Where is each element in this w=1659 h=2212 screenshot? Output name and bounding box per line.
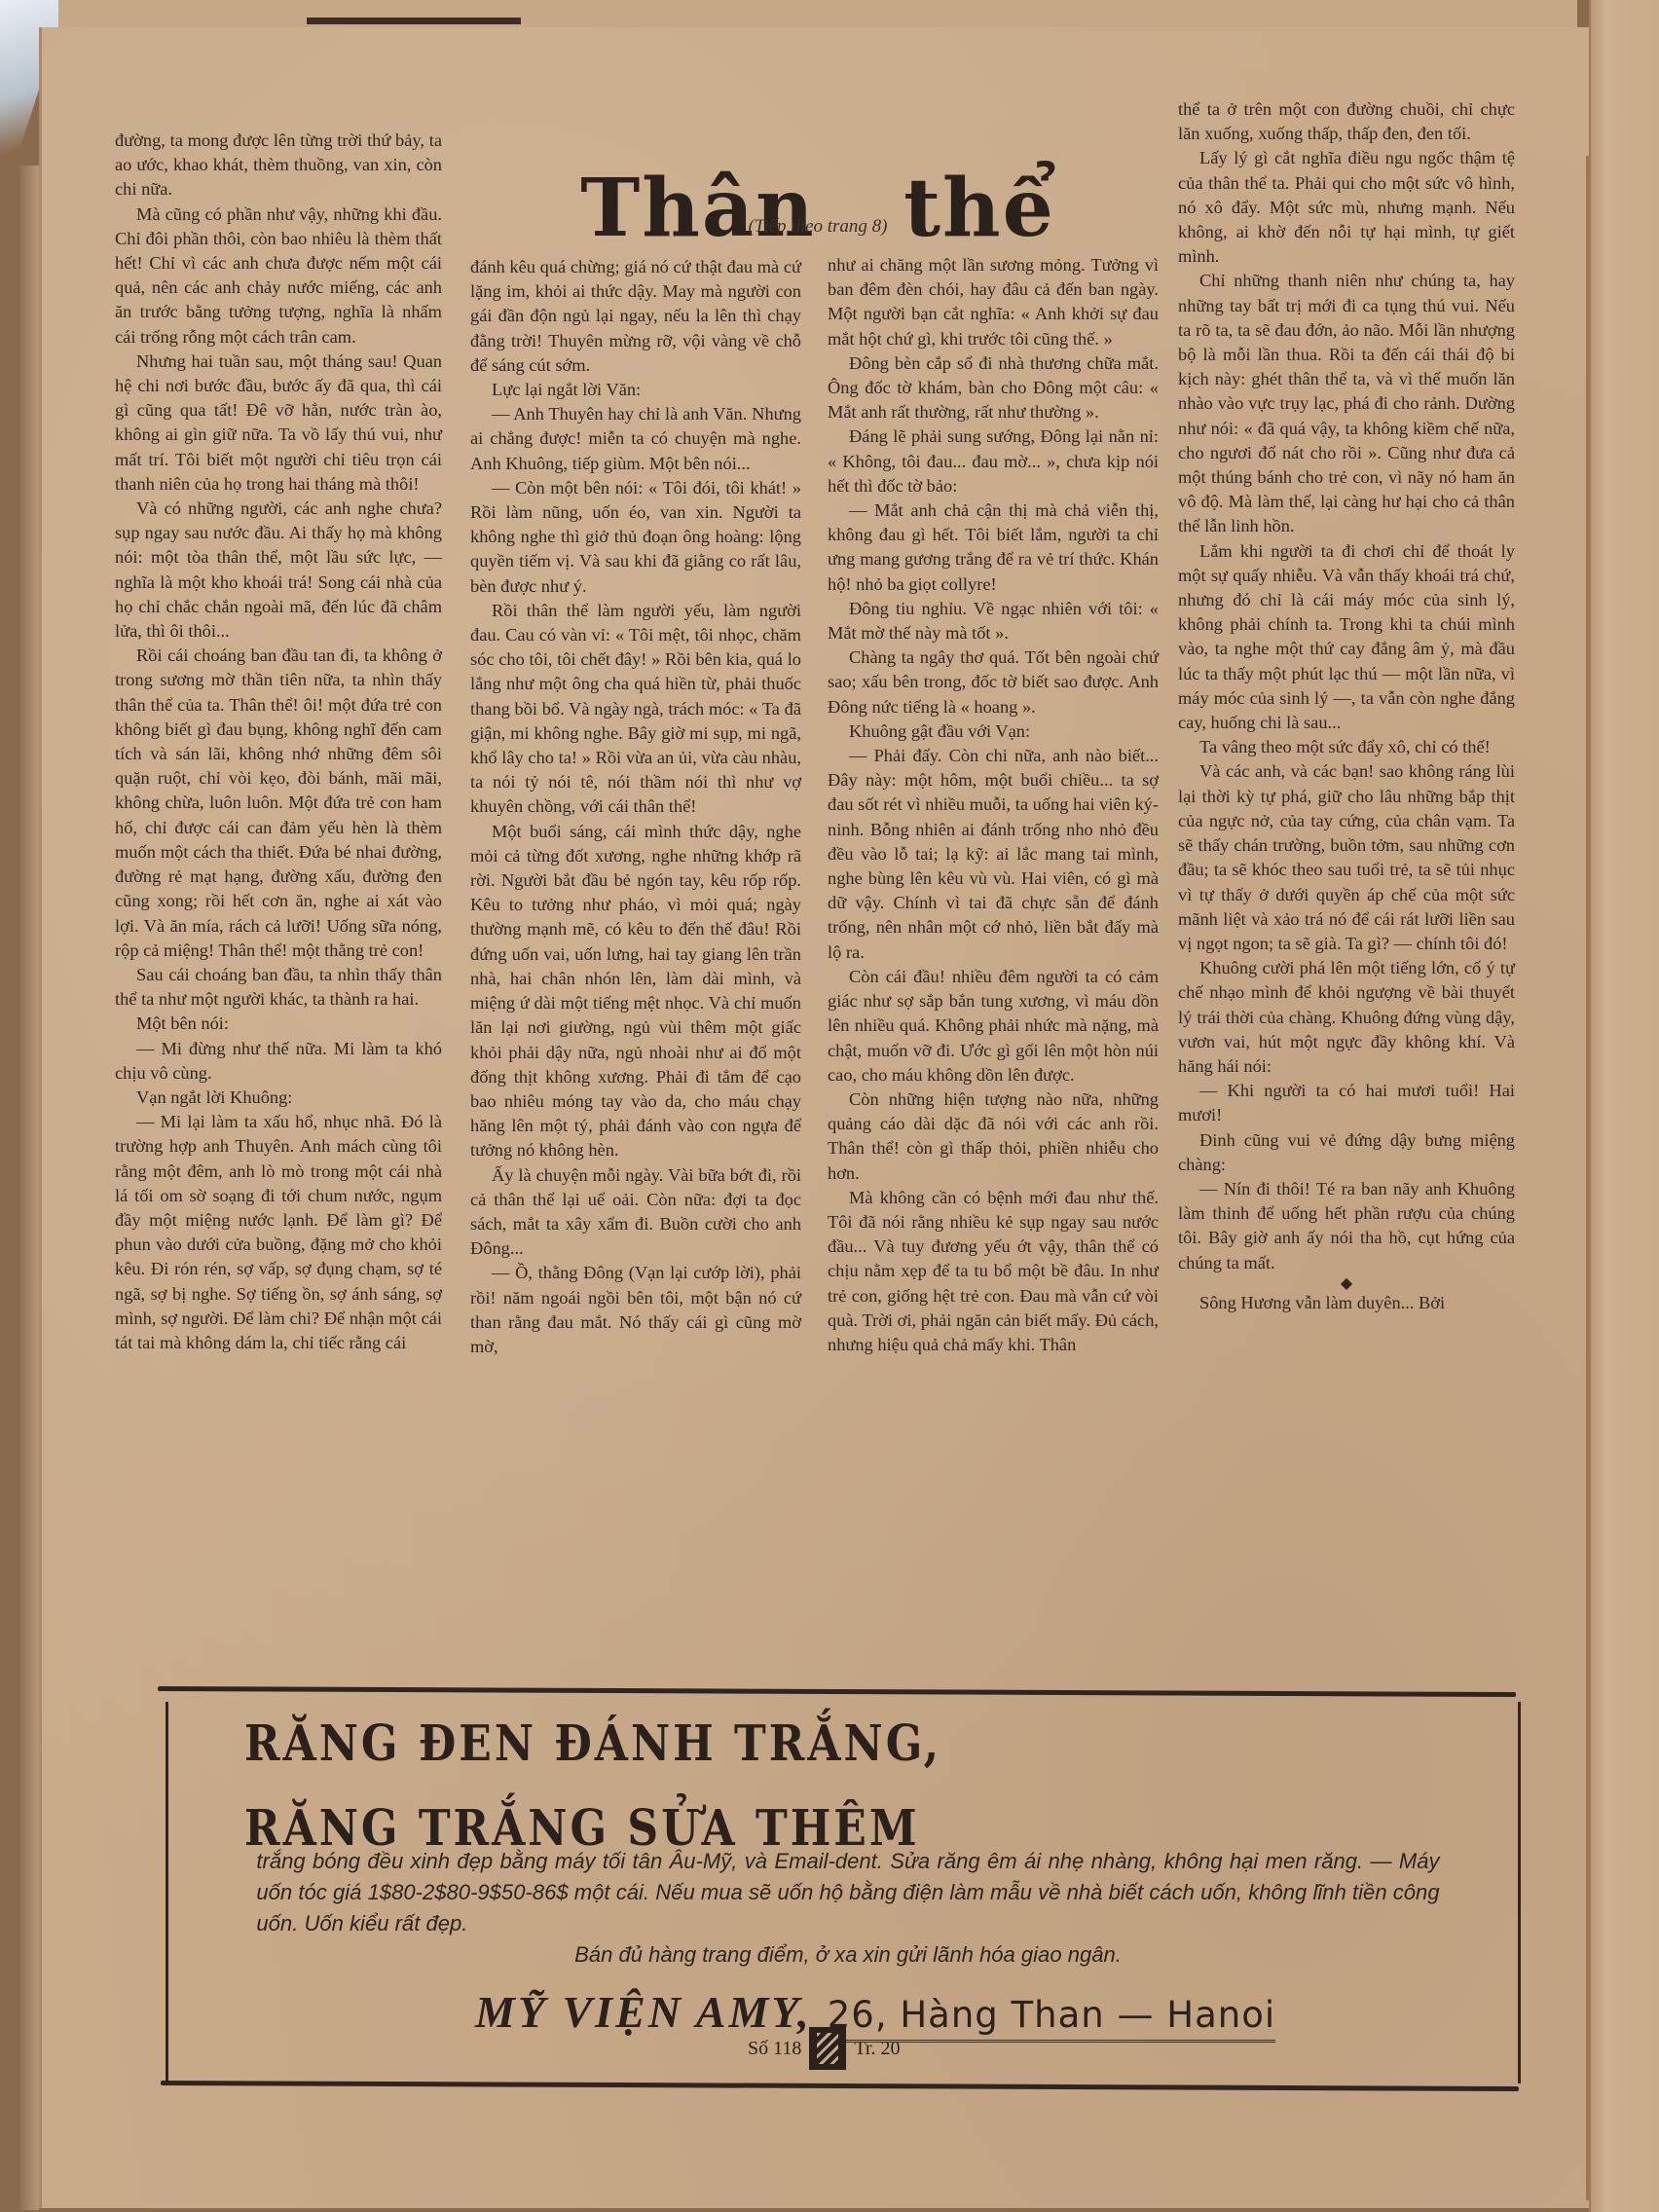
article-paragraph: Lấy lý gì cắt nghĩa điều ngu ngốc thậm t… bbox=[1178, 146, 1515, 269]
article-paragraph: Chàng ta ngây thơ quá. Tốt bên ngoài chứ… bbox=[828, 645, 1159, 719]
article-paragraph: Lắm khi người ta đi chơi chỉ để thoát ly… bbox=[1178, 539, 1515, 736]
article-paragraph: Và các anh, và các bạn! sao không ráng l… bbox=[1178, 759, 1515, 956]
article-paragraph: Sau cái choáng ban đầu, ta nhìn thấy thâ… bbox=[115, 963, 442, 1012]
article-paragraph: Và có những người, các anh nghe chưa? sụ… bbox=[115, 497, 442, 644]
article-paragraph: Rồi cái choáng ban đầu tan đi, ta không … bbox=[115, 644, 442, 963]
article-paragraph: Rồi thân thể làm người yếu, làm người đa… bbox=[470, 599, 801, 820]
article-paragraph: Khuông gật đầu với Vạn: bbox=[828, 719, 1159, 744]
article-paragraph: Một bên nói: bbox=[115, 1012, 442, 1036]
article-paragraph: Nhưng hai tuần sau, một tháng sau! Quan … bbox=[115, 350, 442, 497]
article-column-2: đánh kêu quá chừng; giá nó cứ thật đau m… bbox=[470, 255, 801, 1359]
article-paragraph: thể ta ở trên một con đường chuồi, chỉ c… bbox=[1178, 97, 1515, 146]
article-column-1: đường, ta mong được lên từng trời thứ bả… bbox=[115, 129, 442, 1355]
ad-body-text: trắng bóng đều xinh đẹp bằng máy tối tân… bbox=[256, 1849, 1439, 1935]
article-paragraph: Còn cái đầu! nhiều đêm người ta có cảm g… bbox=[828, 965, 1159, 1088]
article-paragraph: — Mi lại làm ta xấu hổ, nhục nhã. Đó là … bbox=[115, 1110, 442, 1355]
ad-body: trắng bóng đều xinh đẹp bằng máy tối tân… bbox=[256, 1846, 1439, 1971]
article-paragraph: Một buổi sáng, cái mình thức dậy, nghe m… bbox=[470, 820, 801, 1163]
article-paragraph: Đinh cũng vui vẻ đứng dậy bưng miệng chà… bbox=[1178, 1128, 1515, 1177]
article-paragraph: — Mi đừng như thế nữa. Mi làm ta khó chị… bbox=[115, 1037, 442, 1086]
page-footer: Số 118 Tr. 20 bbox=[748, 2027, 900, 2070]
article-column-3: như ai chăng một lần sương mỏng. Tưởng v… bbox=[828, 253, 1159, 1357]
article-paragraph: — Nín đi thôi! Té ra ban nãy anh Khuông … bbox=[1178, 1177, 1515, 1275]
article-paragraph: Đáng lẽ phải sung sướng, Đông lại nằn nỉ… bbox=[828, 424, 1159, 498]
ad-headline-line-1: RĂNG ĐEN ĐÁNH TRẮNG, bbox=[244, 1702, 941, 1787]
article-paragraph: Mà cũng có phần như vậy, những khi đầu. … bbox=[115, 203, 442, 350]
article-paragraph: đánh kêu quá chừng; giá nó cứ thật đau m… bbox=[470, 255, 801, 378]
article-paragraph: như ai chăng một lần sương mỏng. Tưởng v… bbox=[828, 253, 1159, 351]
ad-body-last-line: Bán đủ hàng trang điểm, ở xa xin gửi lãn… bbox=[256, 1939, 1439, 1971]
article-paragraph: — Phải đấy. Còn chi nữa, anh nào biết...… bbox=[828, 744, 1159, 965]
article-paragraph: Ta vâng theo một sức đẩy xô, chỉ có thế! bbox=[1178, 735, 1515, 759]
article-paragraph: — Ồ, thằng Đông (Vạn lại cướp lời), phải… bbox=[470, 1261, 801, 1359]
article-column-4: thể ta ở trên một con đường chuồi, chỉ c… bbox=[1178, 97, 1515, 1315]
underlying-page-rule bbox=[307, 18, 521, 24]
article-paragraph: Đông tiu nghỉu. Về ngạc nhiên với tôi: «… bbox=[828, 597, 1159, 645]
article-paragraph: Còn những hiện tượng nào nữa, những quản… bbox=[828, 1088, 1159, 1186]
article-paragraph: — Khi người ta có hai mươi tuổi! Hai mươ… bbox=[1178, 1079, 1515, 1127]
ngay-nay-logo-icon bbox=[809, 2027, 846, 2070]
article-subtitle: (Tiếp theo trang 8) bbox=[545, 216, 1090, 238]
article-paragraph: Mà không cần có bệnh mới đau như thế. Tô… bbox=[828, 1186, 1159, 1357]
article-paragraph: Vạn ngắt lời Khuông: bbox=[115, 1086, 442, 1110]
article-paragraph: đường, ta mong được lên từng trời thứ bả… bbox=[115, 129, 442, 203]
issue-number: Số 118 bbox=[748, 2038, 801, 2060]
article-paragraph: — Mắt anh chả cận thị mà chả viễn thị, k… bbox=[828, 498, 1159, 597]
article-paragraph: Sông Hương vẫn làm duyên... Bởi bbox=[1178, 1291, 1515, 1315]
article-paragraph: Lực lại ngắt lời Văn: bbox=[470, 378, 801, 402]
article-paragraph: Ấy là chuyện mỗi ngày. Vài bữa bớt đi, r… bbox=[470, 1163, 801, 1262]
article-paragraph: Khuông cười phá lên một tiếng lớn, cố ý … bbox=[1178, 956, 1515, 1079]
article-paragraph: Đông bèn cắp sổ đi nhà thương chữa mắt. … bbox=[828, 351, 1159, 425]
article-paragraph: — Còn một bên nói: « Tôi đói, tôi khát! … bbox=[470, 476, 801, 599]
page-edge bbox=[19, 166, 39, 2210]
section-separator-icon: ◆ bbox=[1178, 1277, 1515, 1291]
article-paragraph: Chỉ những thanh niên như chúng ta, hay n… bbox=[1178, 269, 1515, 538]
article-paragraph: — Anh Thuyên hay chỉ là anh Văn. Nhưng a… bbox=[470, 402, 801, 476]
adjacent-page bbox=[1589, 0, 1659, 2212]
page-number: Tr. 20 bbox=[854, 2038, 900, 2060]
